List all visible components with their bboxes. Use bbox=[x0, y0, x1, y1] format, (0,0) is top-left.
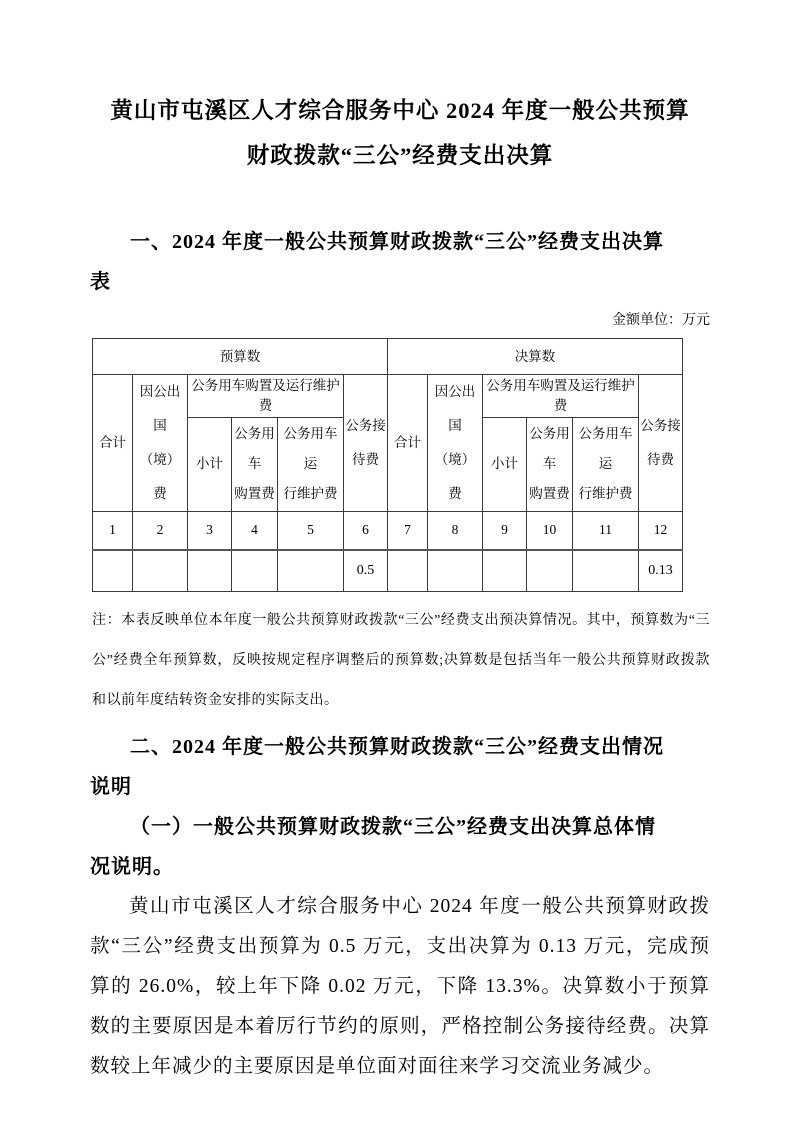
table-group-header-row: 预算数 决算数 bbox=[93, 339, 683, 375]
budget-purchase-header-line1: 公务用车 bbox=[233, 419, 276, 479]
budget-purchase-header: 公务用车 购置费 bbox=[232, 417, 278, 511]
budget-abroad-header: 因公出国 （境）费 bbox=[133, 375, 188, 512]
final-operation-header: 公务用车运 行维护费 bbox=[573, 417, 639, 511]
subsection1-heading-line1: （一）一般公共预算财政拨款“三公”经费支出决算总体情 bbox=[90, 807, 710, 847]
budget-operation-value bbox=[278, 550, 344, 592]
final-operation-header-line1: 公务用车运 bbox=[574, 419, 637, 479]
table-value-row: 0.5 0.13 bbox=[93, 550, 683, 592]
subsection1-heading: （一）一般公共预算财政拨款“三公”经费支出决算总体情 况说明。 bbox=[90, 807, 710, 887]
document-title-line1: 黄山市屯溪区人才综合服务中心 2024 年度一般公共预算 bbox=[90, 88, 710, 133]
final-purchase-header-line2: 购置费 bbox=[528, 479, 571, 509]
final-operation-header-line2: 行维护费 bbox=[574, 479, 637, 509]
amount-unit-label: 金额单位：万元 bbox=[90, 312, 710, 330]
budget-operation-header-line2: 行维护费 bbox=[279, 479, 342, 509]
table-header-row-top: 合计 因公出国 （境）费 公务用车购置及运行维护费 公务接 待费 合计 bbox=[93, 375, 683, 418]
col-number-1: 1 bbox=[93, 512, 133, 550]
budget-purchase-header-line2: 购置费 bbox=[233, 479, 276, 509]
final-reception-value: 0.13 bbox=[639, 550, 683, 592]
col-number-2: 2 bbox=[133, 512, 188, 550]
final-group-header: 决算数 bbox=[388, 339, 683, 375]
col-number-12: 12 bbox=[639, 512, 683, 550]
budget-abroad-header-line1: 因公出国 bbox=[134, 375, 186, 443]
final-purchase-header: 公务用车 购置费 bbox=[527, 417, 573, 511]
final-abroad-header-line1: 因公出国 bbox=[429, 375, 481, 443]
budget-group-header: 预算数 bbox=[93, 339, 388, 375]
final-total-header: 合计 bbox=[388, 375, 428, 512]
final-abroad-header-line2: （境）费 bbox=[429, 443, 481, 511]
budget-total-value bbox=[93, 550, 133, 592]
budget-abroad-value bbox=[133, 550, 188, 592]
col-number-8: 8 bbox=[428, 512, 483, 550]
final-abroad-header: 因公出国 （境）费 bbox=[428, 375, 483, 512]
document-title-line2: 财政拨款“三公”经费支出决算 bbox=[90, 133, 710, 178]
san-gong-expense-table: 预算数 决算数 合计 因公出国 （境）费 公务用车购置及运行维护费 公务接 待费 bbox=[92, 338, 683, 592]
section1-heading-line1: 一、2024 年度一般公共预算财政拨款“三公”经费支出决算 bbox=[90, 222, 710, 262]
budget-purchase-value bbox=[232, 550, 278, 592]
col-number-9: 9 bbox=[483, 512, 527, 550]
final-purchase-header-line1: 公务用车 bbox=[528, 419, 571, 479]
budget-subtotal-value bbox=[188, 550, 232, 592]
subsection1-heading-line2: 况说明。 bbox=[90, 847, 710, 887]
section2-heading-line2: 说明 bbox=[90, 767, 710, 807]
budget-abroad-header-line2: （境）费 bbox=[134, 443, 186, 511]
col-number-5: 5 bbox=[278, 512, 344, 550]
col-number-11: 11 bbox=[573, 512, 639, 550]
section2-heading: 二、2024 年度一般公共预算财政拨款“三公”经费支出情况 说明 bbox=[90, 727, 710, 807]
budget-operation-header-line1: 公务用车运 bbox=[279, 419, 342, 479]
col-number-4: 4 bbox=[232, 512, 278, 550]
final-reception-header-line1: 公务接 bbox=[640, 409, 681, 443]
final-abroad-value bbox=[428, 550, 483, 592]
section1-heading: 一、2024 年度一般公共预算财政拨款“三公”经费支出决算 表 bbox=[90, 222, 710, 302]
final-total-value bbox=[388, 550, 428, 592]
col-number-7: 7 bbox=[388, 512, 428, 550]
col-number-6: 6 bbox=[344, 512, 388, 550]
final-subtotal-header: 小计 bbox=[483, 417, 527, 511]
final-operation-value bbox=[573, 550, 639, 592]
budget-operation-header: 公务用车运 行维护费 bbox=[278, 417, 344, 511]
final-reception-header: 公务接 待费 bbox=[639, 375, 683, 512]
budget-reception-header-line2: 待费 bbox=[345, 443, 386, 477]
document-page: 黄山市屯溪区人才综合服务中心 2024 年度一般公共预算 财政拨款“三公”经费支… bbox=[0, 0, 793, 1122]
col-number-10: 10 bbox=[527, 512, 573, 550]
budget-total-header: 合计 bbox=[93, 375, 133, 512]
final-subtotal-value bbox=[483, 550, 527, 592]
section1-heading-line2: 表 bbox=[90, 262, 710, 302]
final-purchase-value bbox=[527, 550, 573, 592]
table-column-number-row: 1 2 3 4 5 6 7 8 9 10 11 12 bbox=[93, 512, 683, 550]
budget-subtotal-header: 小计 bbox=[188, 417, 232, 511]
overall-situation-paragraph: 黄山市屯溪区人才综合服务中心 2024 年度一般公共预算财政拨款“三公”经费支出… bbox=[90, 887, 710, 1087]
final-vehicle-group-header: 公务用车购置及运行维护费 bbox=[483, 375, 639, 418]
section2-heading-line1: 二、2024 年度一般公共预算财政拨款“三公”经费支出情况 bbox=[90, 727, 710, 767]
document-content: 黄山市屯溪区人才综合服务中心 2024 年度一般公共预算 财政拨款“三公”经费支… bbox=[0, 0, 793, 1087]
col-number-3: 3 bbox=[188, 512, 232, 550]
budget-vehicle-group-header: 公务用车购置及运行维护费 bbox=[188, 375, 344, 418]
final-reception-header-line2: 待费 bbox=[640, 443, 681, 477]
table-note: 注：本表反映单位本年度一般公共预算财政拨款“三公”经费支出预决算情况。其中，预算… bbox=[92, 601, 710, 721]
budget-reception-value: 0.5 bbox=[344, 550, 388, 592]
document-title: 黄山市屯溪区人才综合服务中心 2024 年度一般公共预算 财政拨款“三公”经费支… bbox=[90, 88, 710, 178]
budget-reception-header: 公务接 待费 bbox=[344, 375, 388, 512]
budget-reception-header-line1: 公务接 bbox=[345, 409, 386, 443]
